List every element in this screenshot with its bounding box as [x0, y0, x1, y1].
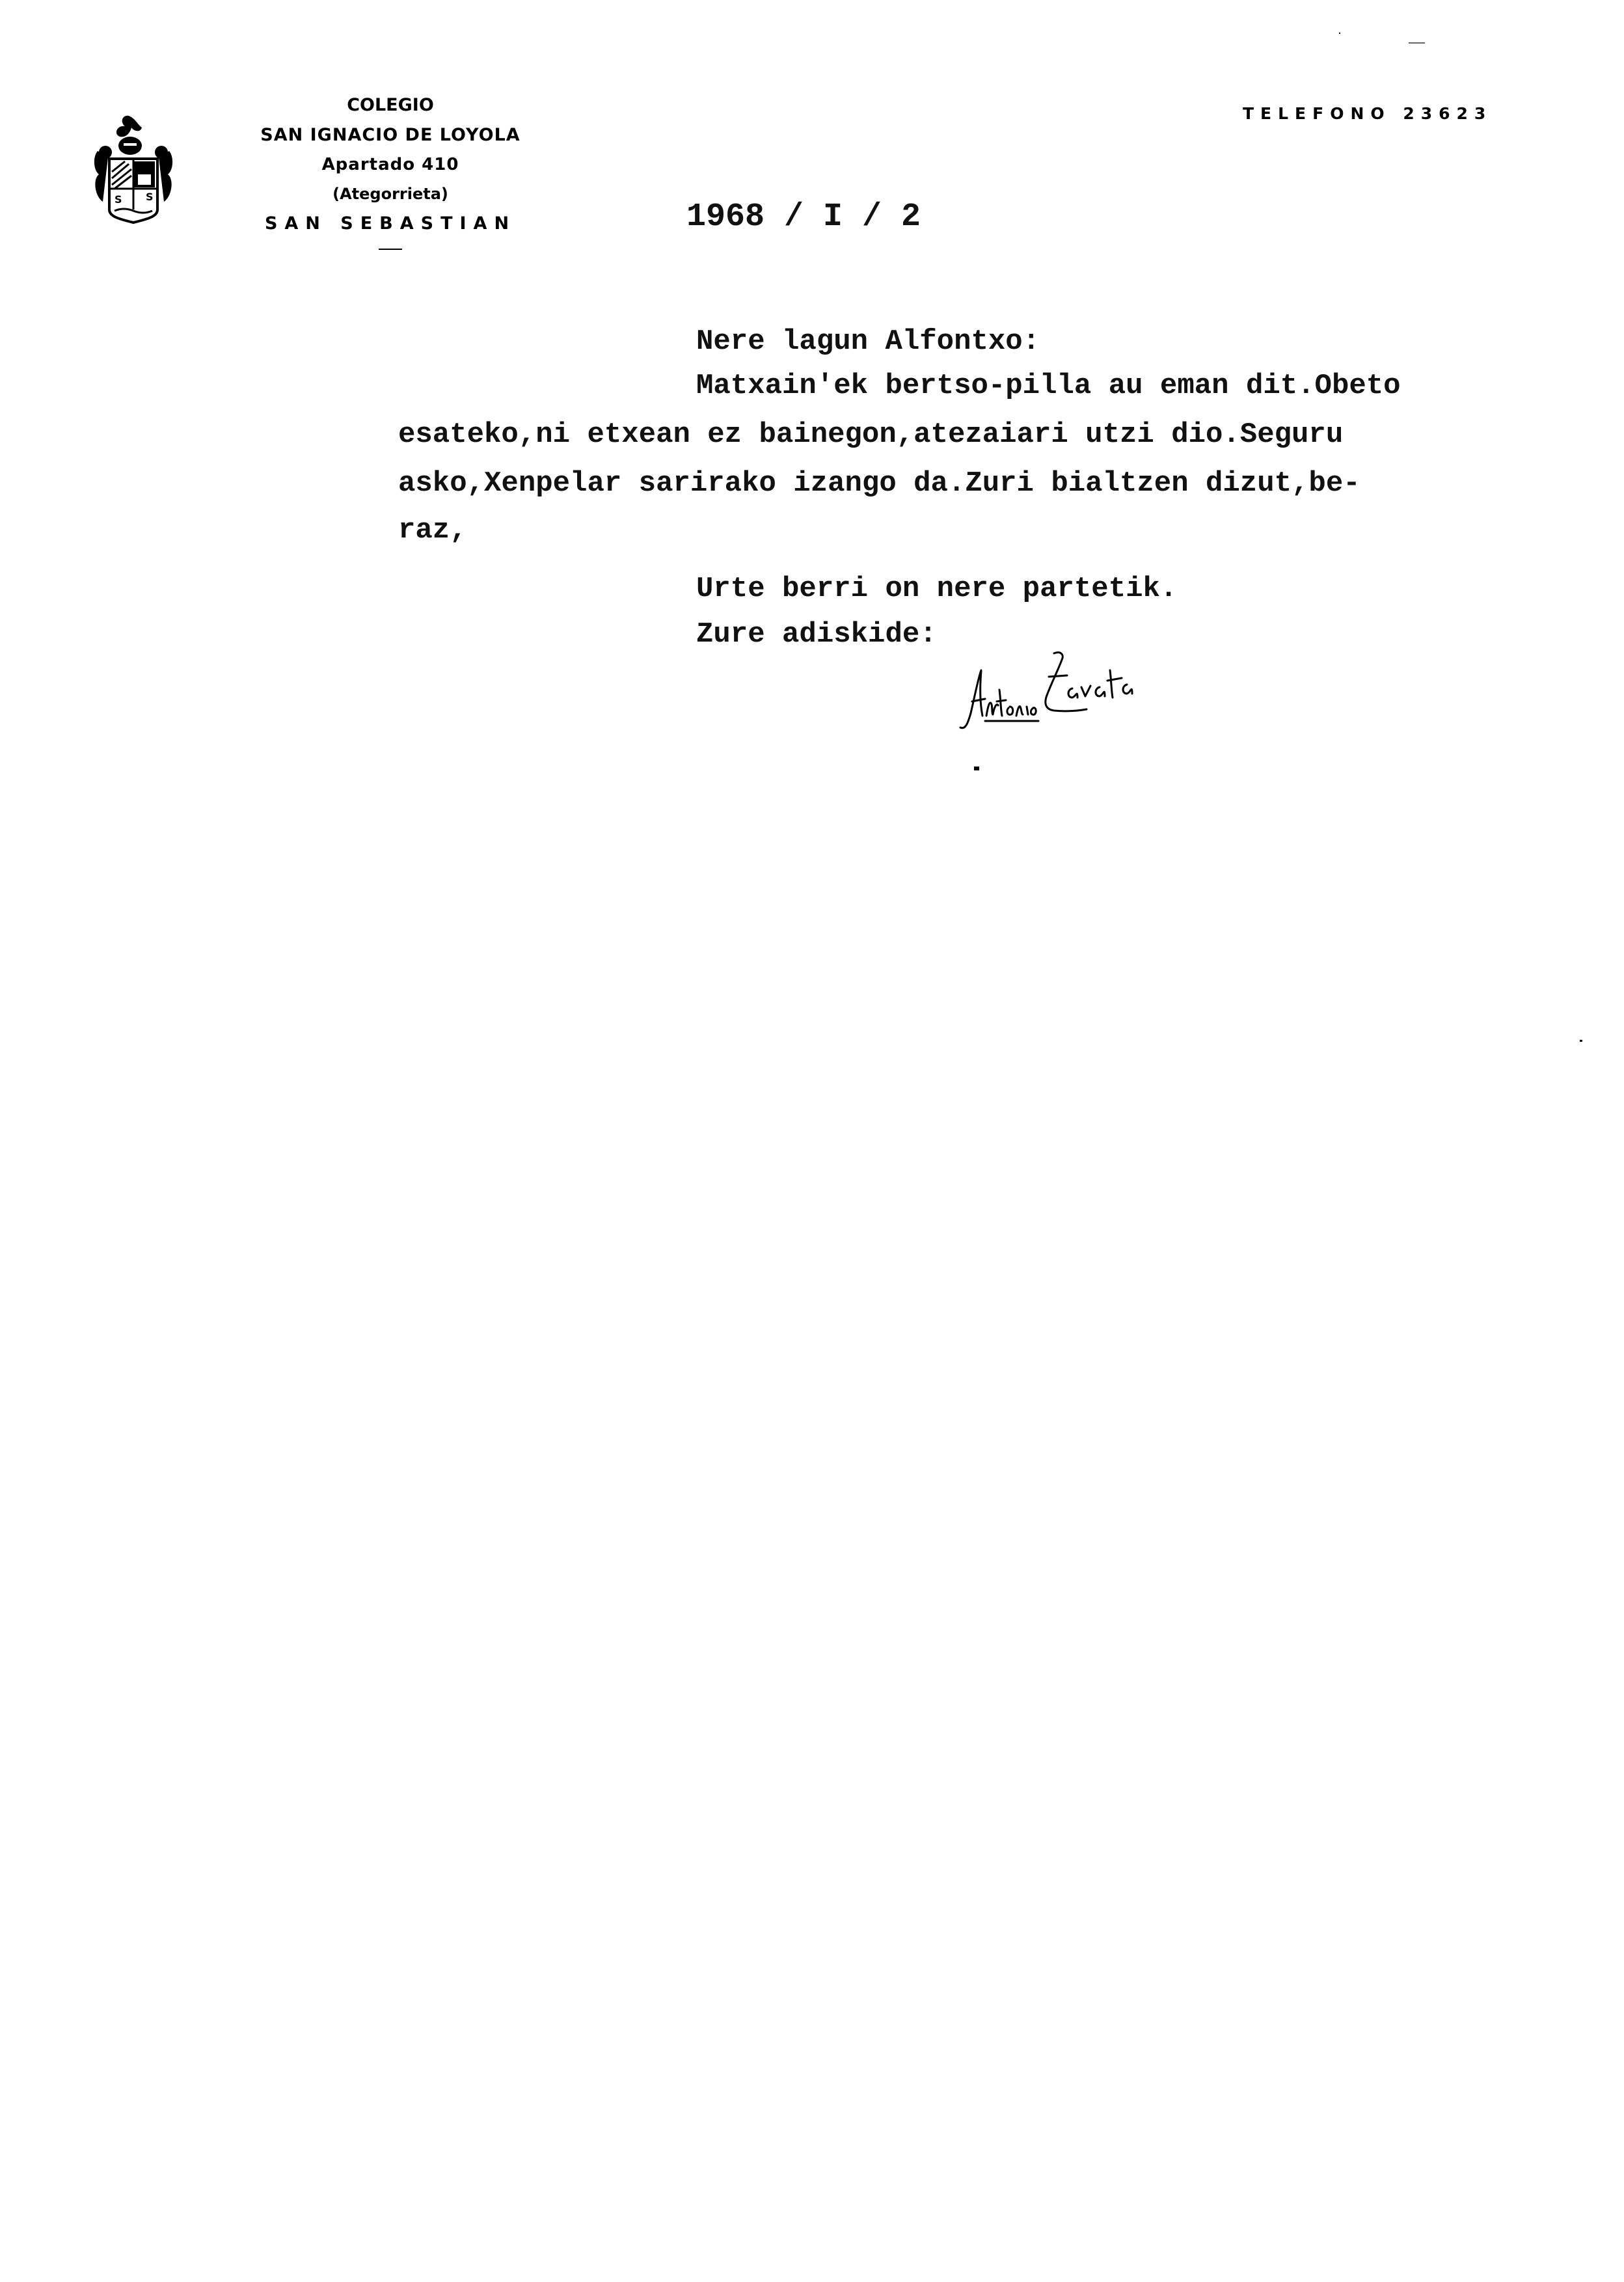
scan-speck	[974, 767, 979, 770]
scan-speck	[1580, 1040, 1582, 1042]
city: SAN SEBASTIAN	[247, 213, 534, 234]
svg-text:S: S	[115, 193, 122, 206]
handwritten-signature: Antonio Zavala	[956, 651, 1230, 735]
body-line: esateko,ni etxean ez bainegon,atezaiari …	[398, 418, 1343, 451]
body-line: asko,Xenpelar sarirako izango da.Zuri bi…	[398, 467, 1360, 500]
po-box: Apartado 410	[247, 155, 534, 174]
svg-text:S: S	[146, 191, 154, 203]
coat-of-arms-icon: S S	[91, 112, 176, 229]
body-line: raz,	[398, 514, 467, 547]
scan-speck	[1409, 42, 1425, 44]
phone-number: TELEFONO 23623	[1243, 104, 1492, 123]
body-line: Matxain'ek bertso-pilla au eman dit.Obet…	[696, 370, 1401, 402]
valediction: Zure adiskide:	[696, 618, 937, 651]
district: (Ategorrieta)	[247, 185, 534, 203]
institution-type: COLEGIO	[247, 95, 534, 115]
scan-speck	[1339, 33, 1340, 34]
letterhead-divider	[379, 249, 402, 250]
closing-wish: Urte berri on nere partetik.	[696, 573, 1177, 605]
letter-date: 1968 / I / 2	[686, 198, 921, 236]
salutation: Nere lagun Alfontxo:	[696, 325, 1040, 358]
institution-name: SAN IGNACIO DE LOYOLA	[247, 125, 534, 145]
